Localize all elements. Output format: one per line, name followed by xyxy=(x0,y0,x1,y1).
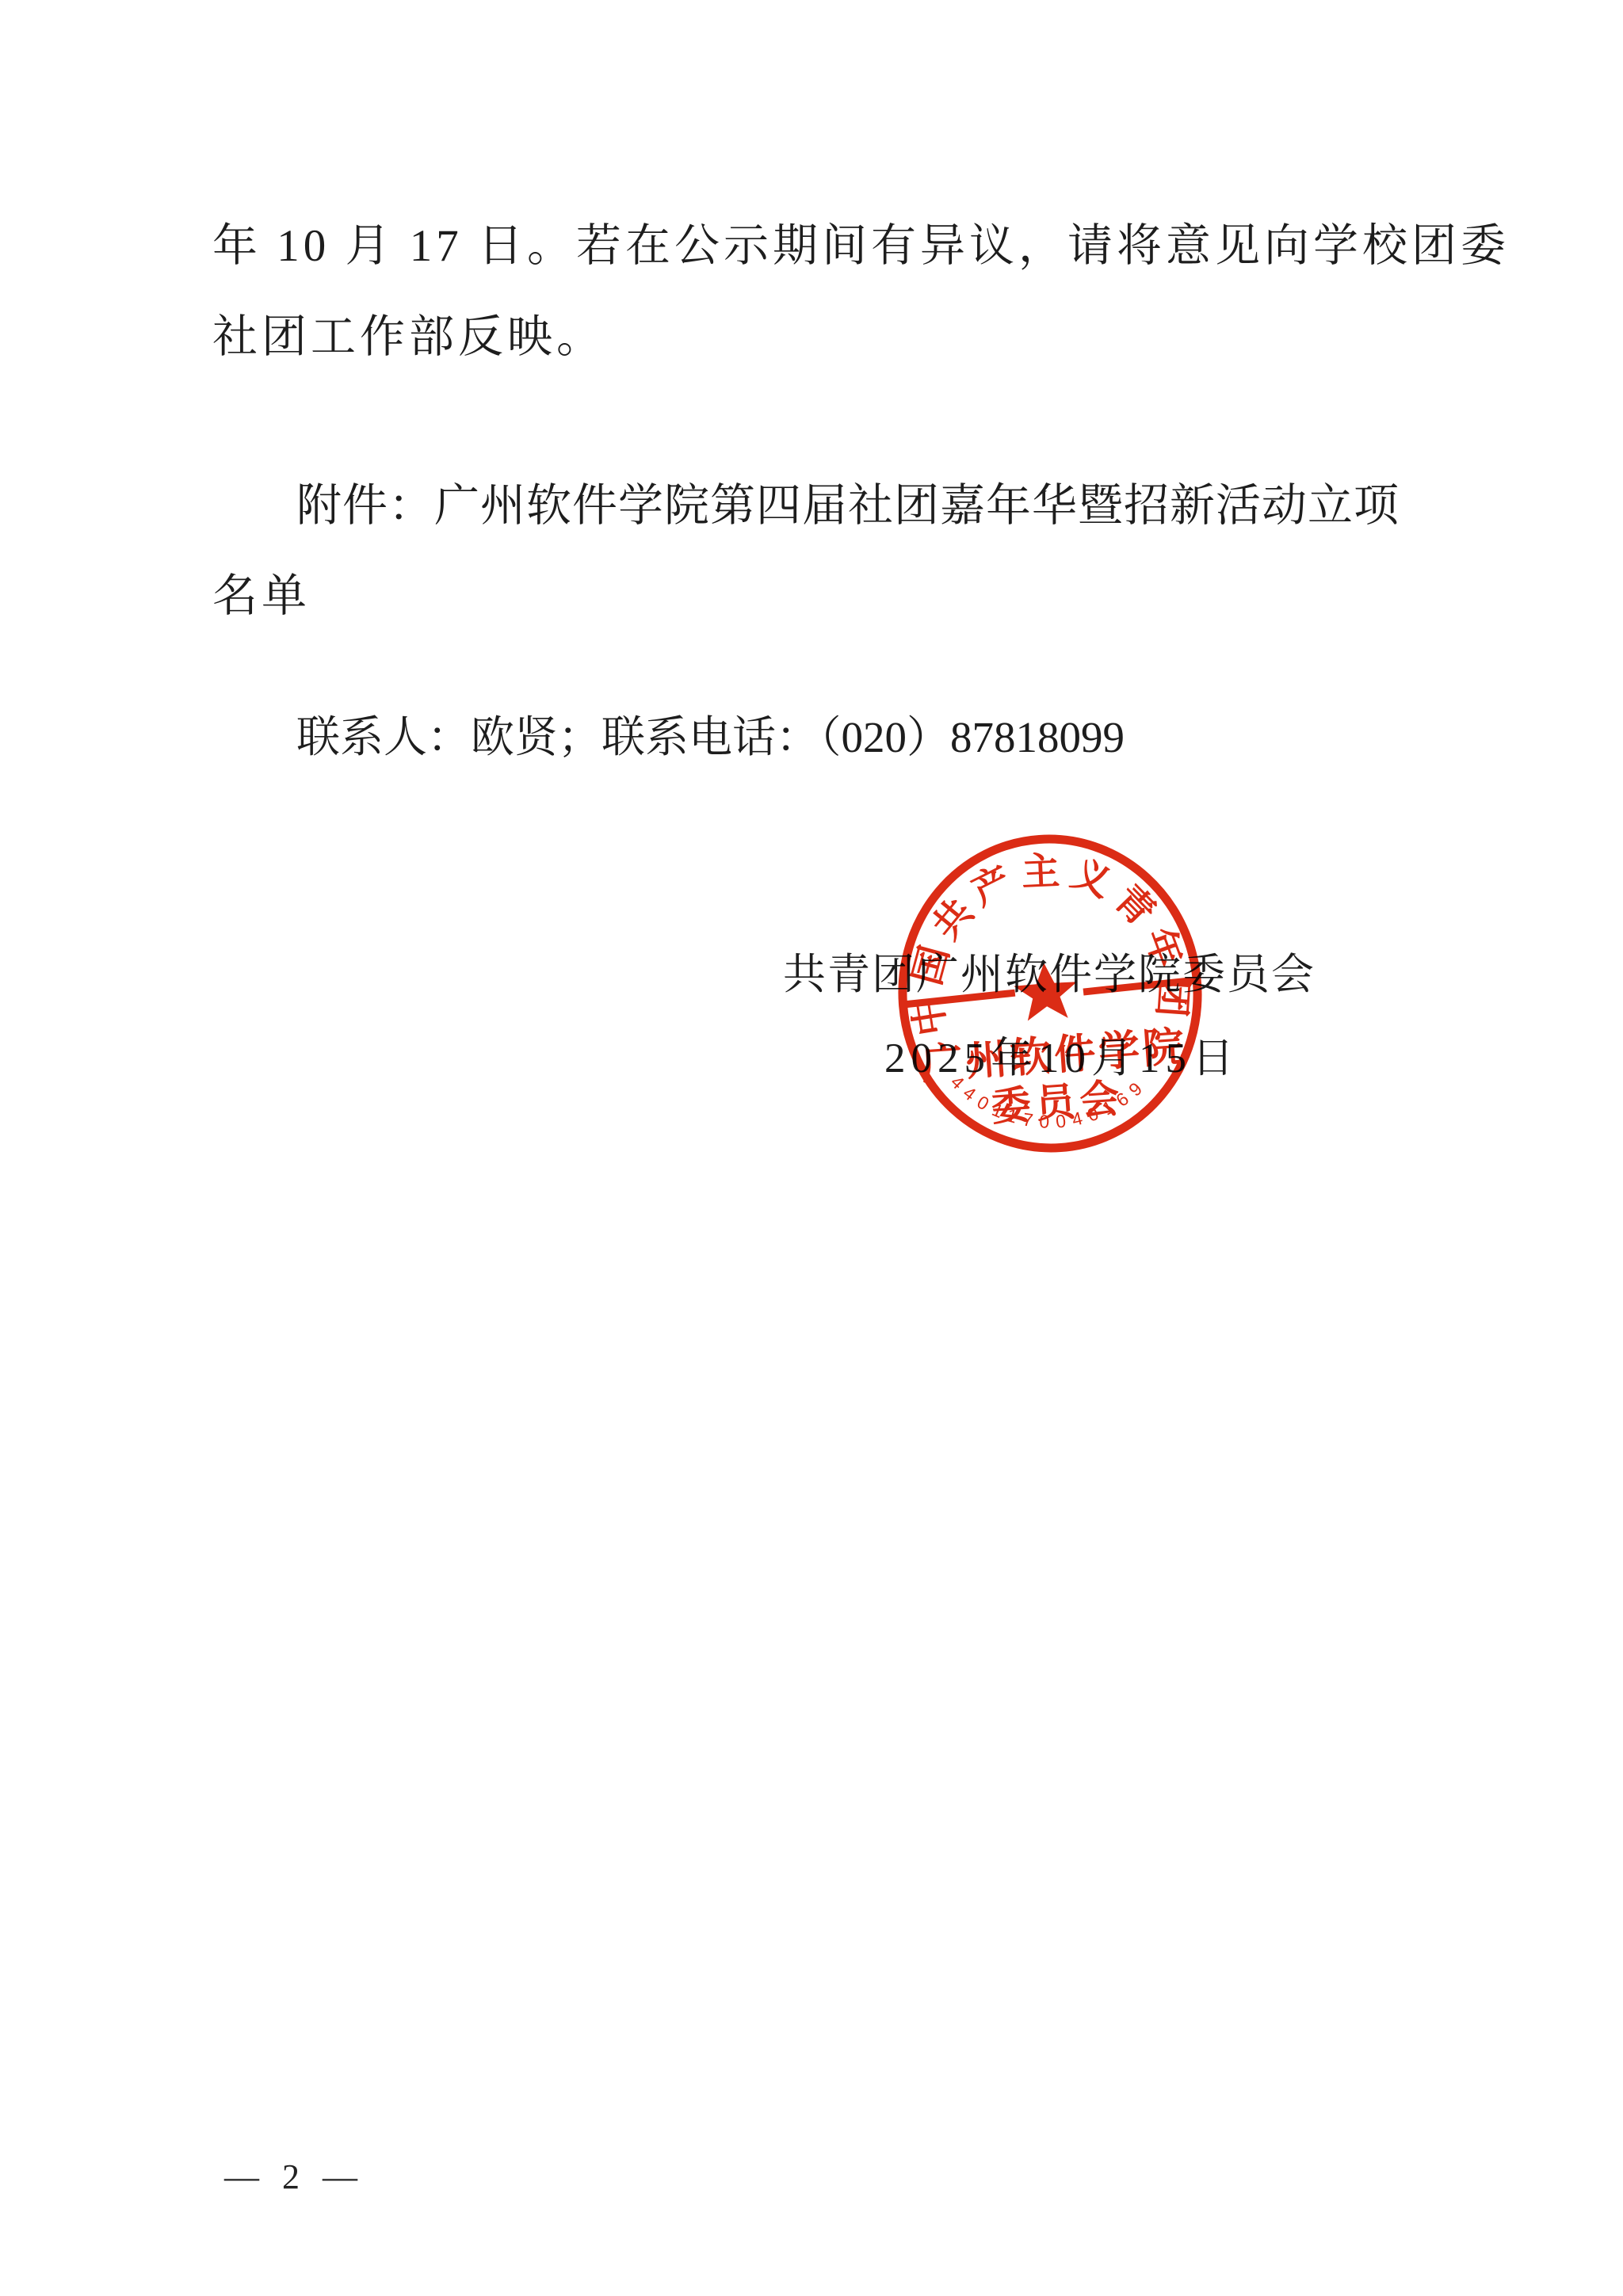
red-star-icon xyxy=(1012,961,1079,1022)
attachment-line1: 附件：广州软件学院第四届社团嘉年华暨招新活动立项 xyxy=(296,483,1400,528)
contact-line: 联系人：欧贤；联系电话：（020）87818099 xyxy=(296,715,1125,759)
official-seal-stamp: 中国共产主义青年团 广州软件学院 委员会 4401170040169 xyxy=(882,822,1217,1165)
paragraph1-line1: 年 10 月 17 日。若在公示期间有异议，请将意见向学校团委 xyxy=(212,223,1510,269)
attachment-line2: 名单 xyxy=(212,574,311,619)
paragraph1-line2: 社团工作部反映。 xyxy=(212,315,605,360)
page-number: — 2 — xyxy=(224,2160,365,2195)
seal-arc-text: 中国共产主义青年团 xyxy=(896,841,1197,1046)
document-page: 年 10 月 17 日。若在公示期间有异议，请将意见向学校团委 社团工作部反映。… xyxy=(0,0,1623,2296)
